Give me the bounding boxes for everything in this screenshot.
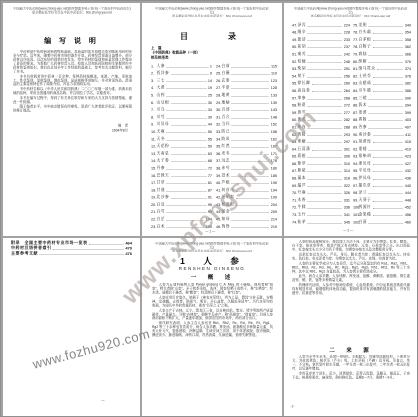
toc-entry: 95.平贝母432	[353, 166, 411, 173]
dotted-leader	[308, 164, 343, 165]
dotted-leader	[167, 190, 207, 191]
paragraph: 人参为多年生草本，高30～60cm。主根肥大，纺锤形或圆柱形，下部常分叉，外皮淡…	[292, 355, 410, 371]
toc-entry: 55.徐长卿260	[292, 78, 350, 85]
toc-entry: 73.玉竹341	[292, 210, 350, 217]
page-toc-2: 中国最大中医药网(www.zhong-yao.net)制作整理本电子图书(一个很…	[284, 3, 417, 236]
page3-number: — 2 —	[343, 229, 353, 233]
dotted-leader	[167, 81, 207, 82]
toc-entry: 17.甘草81	[151, 178, 212, 185]
dotted-leader	[308, 179, 343, 180]
page-chapter-renshen: 中国最大中医药网(www.zhong-yao.net)制作整理本电子图书(一个很…	[142, 238, 282, 416]
dotted-leader	[167, 88, 207, 89]
toc-entry: 93.银柴胡423	[353, 151, 411, 158]
toc-entry: 13.天南星63	[151, 149, 212, 156]
dotted-leader	[312, 91, 342, 92]
dotted-leader	[308, 208, 343, 209]
toc-entry: 26.玄参123	[216, 76, 277, 83]
dotted-leader	[236, 205, 269, 206]
dotted-leader	[53, 249, 124, 250]
toc-entry: 91.胡黄连415	[353, 137, 411, 144]
toc-entry: 66.紫草310	[292, 159, 350, 166]
toc-entry: 100.两面针452	[353, 202, 411, 209]
toc-entry: 65.葛根306	[292, 151, 350, 158]
paragraph: 限于编者水平，书中缺点错误在所难免，恳请广大读者批评指正，以便再版时修订提高。	[13, 105, 132, 113]
toc-entry: 58.粉葛272	[292, 100, 350, 107]
dotted-leader	[373, 142, 403, 143]
dotted-leader	[171, 147, 207, 148]
paragraph: 边条红参以支头大、芦长、身长、腿长者为佳；普通红参以支头大、体充实、色红棕、有光…	[292, 253, 410, 261]
dotted-leader	[308, 62, 343, 63]
header-line1: 中国最大中医药网(www.zhong-yao.net)制作整理本电子图书(一个很…	[292, 7, 409, 15]
toc-entry: 59.黄芩277	[292, 108, 350, 115]
toc-entry: 96.伊贝母436	[353, 173, 411, 180]
dotted-leader	[373, 215, 403, 216]
header-line1: 中国最大中医药网(www.zhong-yao.net)制作整理本电子图书(一个很…	[154, 242, 270, 250]
toc-entry: 18.甘遂87	[151, 185, 212, 192]
toc-entry: 74.仙茅345	[292, 217, 350, 224]
dotted-leader	[369, 54, 404, 55]
toc-entry: 19.北沙参91	[151, 192, 212, 199]
toc-entry: 14.太子参68	[151, 156, 212, 163]
dotted-leader	[308, 106, 343, 107]
header-line2: 更多精彩医学好书尽在中医中药论坛：bbs.zhong-yao.net	[292, 15, 409, 17]
dotted-leader	[232, 220, 270, 221]
dotted-leader	[308, 215, 343, 216]
dotted-leader	[373, 40, 403, 41]
dotted-leader	[308, 171, 343, 172]
toc-entry: 22.白芷104	[151, 214, 212, 221]
dotted-leader	[373, 157, 403, 158]
preface-signoff-date: 2004年8月	[53, 128, 128, 133]
dotted-leader	[377, 69, 403, 70]
toc-entry: 53.柴胡251	[292, 64, 350, 71]
toc-entry: 81.绵马贯众374	[353, 64, 411, 71]
toc-tail-entry: 主要参考文献476	[11, 251, 132, 256]
dotted-leader	[369, 25, 404, 26]
toc-entry: 82.土茯苓378	[353, 71, 411, 78]
dotted-leader	[232, 176, 270, 177]
dotted-leader	[171, 176, 207, 177]
chapter-overview-body: 人参为五加科植物人参 Panax ginseng C. A. Mey. 的干燥根…	[152, 283, 273, 414]
dotted-leader	[167, 110, 207, 111]
toc2-column-left: 47.泽泻22448.细辛22849.独活23350.前胡23751.秦艽242…	[292, 20, 350, 226]
toc-entry: 75.龙胆349	[353, 20, 411, 27]
toc-entry: 84.川牛膝386	[353, 86, 411, 93]
header-line1: 中国最大中医药网(www.zhong-yao.net)制作整理本电子图书(一个很…	[154, 7, 270, 15]
dotted-leader	[167, 168, 207, 169]
toc-entry: 10.天麻50	[151, 127, 212, 134]
paragraph: 现代研究表明，人参主含人参皂苷 Rb1、Rb2、Rc、Rd、Re、Rf、Rg1、…	[152, 321, 273, 337]
toc-entry: 40.芦根190	[216, 178, 277, 185]
toc-entry: 68.藁本318	[292, 173, 350, 180]
dotted-leader	[167, 212, 207, 213]
toc-entry: 4.大黄19	[151, 83, 212, 90]
page3-header: 中国最大中医药网(www.zhong-yao.net)制作整理本电子图书(一个很…	[292, 7, 409, 17]
toc-entry: 80.续断370	[353, 56, 411, 63]
dotted-leader	[40, 254, 124, 255]
toc-entry: 87.姜黄399	[353, 108, 411, 115]
dotted-leader	[369, 193, 404, 194]
dotted-leader	[373, 47, 403, 48]
body2-top: 人参的商品规格较多，按其加工方法不同，主要分为生晒参、红参、糖参、白干参、掐皮参…	[292, 240, 410, 344]
dotted-leader	[369, 222, 404, 223]
header-line2: 更多精彩医学好书尽在中医中药论坛：bbs.zhong-yao.net	[13, 11, 131, 15]
dotted-leader	[373, 186, 403, 187]
section-source-title: 二 来 源	[284, 346, 417, 354]
toc-tail-entries: 附录 全国主要中药材专业市场一览表464中药材汉语拼音索引470主要参考文献47…	[11, 240, 132, 257]
page2-number: — 1 —	[205, 230, 215, 234]
toc-entry: 39.苍术185	[216, 170, 277, 177]
dotted-leader	[236, 190, 269, 191]
dotted-leader	[232, 227, 270, 228]
dotted-leader	[167, 132, 207, 133]
dotted-leader	[312, 84, 342, 85]
paragraph: 人参为五加科植物人参 Panax ginseng C. A. Mey. 的干燥根…	[152, 283, 273, 295]
toc-entry: 102.白蔹460	[353, 217, 411, 224]
dotted-leader	[373, 171, 403, 172]
toc-entry: 20.白及95	[151, 200, 212, 207]
toc-entry: 99.天葵子448	[353, 195, 411, 202]
dotted-leader	[308, 33, 343, 34]
dotted-leader	[232, 183, 270, 184]
toc-entry: 5.山药25	[151, 90, 212, 97]
toc-section-labels: 上 篇 《中国药典》收载品种（一部） 根及根茎类	[151, 46, 271, 60]
dotted-leader	[232, 139, 270, 140]
dotted-leader	[89, 243, 124, 244]
toc-entry: 32.当归152	[216, 119, 277, 126]
scanned-book-spread: 中国最大中医药网(www.zhong-yao.net)制作整理本电子图书(一个很…	[0, 0, 418, 417]
dotted-leader	[167, 227, 205, 228]
toc-entry: 62.黄精293	[292, 129, 350, 136]
toc-entry: 25.白薇119	[216, 68, 277, 75]
dotted-leader	[232, 88, 270, 89]
toc-entry: 64.石菖蒲301	[292, 144, 350, 151]
page2-header: 中国最大中医药网(www.zhong-yao.net)制作整理本电子图书(一个很…	[154, 7, 270, 17]
toc-entry: 94.浙贝母427	[353, 159, 411, 166]
dotted-leader	[232, 117, 270, 118]
dotted-leader	[308, 54, 343, 55]
toc-entry: 51.秦艽242	[292, 49, 350, 56]
dotted-leader	[308, 40, 343, 41]
toc-entry: 49.独活233	[292, 35, 350, 42]
toc-entry: 86.莪术394	[353, 100, 411, 107]
dotted-leader	[369, 120, 404, 121]
dotted-leader	[373, 91, 403, 92]
paragraph: 伞形花序单个顶生，花小，淡黄绿色；花萼五齿裂，花瓣五，雄蕊五，子房下位。核果浆果…	[292, 372, 410, 380]
paragraph: 药理研究证明，人参对中枢神经系统、心血管系统、内分泌系统及物质代谢均有明显作用，…	[292, 283, 410, 295]
toc-entry: 1.人参1	[151, 61, 212, 68]
toc-entry: 35.红芪167	[216, 141, 277, 148]
toc-entry: 30.百部143	[216, 105, 277, 112]
dotted-leader	[369, 113, 404, 114]
toc-entry: 11.天冬55	[151, 134, 212, 141]
dotted-leader	[232, 147, 270, 148]
dotted-leader	[232, 154, 270, 155]
paragraph: 人参的主要化学成分为人参皂苷，迄今已分离鉴定的有 Ra1、Ra2、Rb1、Rb2…	[292, 262, 410, 274]
dotted-leader	[232, 132, 270, 133]
dotted-leader	[308, 25, 343, 26]
dotted-leader	[167, 183, 207, 184]
toc-entry: 72.牛膝336	[292, 202, 350, 209]
toc-entry: 97.猫爪草440	[353, 181, 411, 188]
dotted-leader	[308, 186, 343, 187]
dotted-leader	[373, 135, 404, 136]
page-preface: 中国最大中医药网(www.zhong-yao.net)制作整理本电子图书(一个很…	[3, 3, 140, 236]
dotted-leader	[308, 120, 343, 121]
toc-entry: 79.商陆366	[353, 49, 411, 56]
dotted-leader	[308, 157, 343, 158]
preface-signoff: 编 者 2004年8月	[53, 123, 128, 135]
page4-number: —	[101, 399, 104, 403]
dotted-leader	[171, 198, 207, 199]
toc-entry: 88.香附403	[353, 115, 411, 122]
dotted-leader	[171, 103, 207, 104]
toc-entry: 63.萆薢297	[292, 137, 350, 144]
dotted-leader	[167, 205, 207, 206]
toc-entry: 98.泽兰444	[353, 188, 411, 195]
toc2-column-right: 75.龙胆34976.白头翁35477.白茅根35878.白附子36279.商陆…	[353, 20, 411, 226]
paragraph: 中药材是中医防病治病的物质基础，其质量的优劣直接关系到临床用药的安全与疗效。近年…	[13, 50, 132, 74]
toc-entry: 43.板蓝根204	[216, 200, 277, 207]
header-line2: 更多精彩医学好书尽在中医中药论坛：bbs.zhong-yao.net	[154, 15, 270, 17]
dotted-leader	[232, 161, 270, 162]
dotted-leader	[308, 47, 343, 48]
paragraph: 此外，尚含人参多糖、人参炔醇、挥发油、甾醇、黄酮类、氨基酸、维生素及锌、铜、铁、…	[292, 274, 410, 282]
dotted-leader	[232, 125, 270, 126]
toc-entry: 8.川芎39	[151, 112, 212, 119]
section-overview-title: 一 概 述	[142, 273, 282, 281]
paragraph: 本书共收载常用中药材一百余种，每种药材按概述、来源、产地、采收加工、性状鉴别、显…	[13, 75, 132, 87]
page-body-2: 人参的商品规格较多，按其加工方法不同，主要分为生晒参、红参、糖参、白干参、掐皮参…	[284, 238, 417, 416]
body2-bottom: 人参为多年生草本，高30～60cm。主根肥大，纺锤形或圆柱形，下部常分叉，外皮淡…	[292, 355, 410, 403]
toc-section-class: 根及根茎类	[151, 55, 271, 60]
toc-entry: 47.泽泻224	[292, 20, 350, 27]
paragraph: 人参应用历史悠久，始载于《神农本草经》，列为上品，谓其“主补五脏，安精神，定魂魄…	[152, 296, 273, 308]
toc-entry: 34.防风162	[216, 134, 277, 141]
toc-entry: 89.苦参407	[353, 122, 411, 129]
page-toc-1: 中国最大中医药网(www.zhong-yao.net)制作整理本电子图书(一个很…	[142, 3, 282, 236]
dotted-leader	[373, 164, 403, 165]
toc-entry: 101.金果榄456	[353, 210, 411, 217]
toc-entry: 29.地榆139	[216, 97, 277, 104]
dotted-leader	[369, 127, 404, 128]
dotted-leader	[236, 198, 269, 199]
dotted-leader	[232, 110, 270, 111]
toc-entry: 7.川乌34	[151, 105, 212, 112]
chapter-latin-title: RENSHEN GINSENG	[142, 266, 282, 271]
toc-entry: 90.南沙参411	[353, 129, 411, 136]
toc-entry: 46.狗脊219	[216, 222, 277, 229]
dotted-leader	[167, 66, 209, 67]
toc-entry: 27.半夏128	[216, 83, 277, 90]
dotted-leader	[373, 208, 403, 209]
paragraph: 书中药材名称以《中华人民共和国药典》二〇〇〇年版一部为准，药典未收载的品种，采用…	[13, 87, 132, 95]
toc-entry: 6.山豆根30	[151, 97, 212, 104]
dotted-leader	[369, 149, 404, 150]
dotted-leader	[171, 74, 209, 75]
dotted-leader	[308, 127, 343, 128]
header-line2: 更多精彩医学好书尽在中医中药论坛：bbs.zhong-yao.net	[154, 250, 270, 252]
toc-entry: 71.木香331	[292, 195, 350, 202]
page-toc-tail: 附录 全国主要中药材专业市场一览表464中药材汉语拼音索引470主要参考文献47…	[3, 238, 140, 416]
toc-column-right: 24.白前11525.白薇11926.玄参12327.半夏12828.地黄133…	[216, 61, 277, 229]
toc-entry: 23.白术109	[151, 222, 212, 229]
dotted-leader	[232, 74, 270, 75]
toc-entry: 50.前胡237	[292, 42, 350, 49]
toc-entry: 54.射干256	[292, 71, 350, 78]
dotted-leader	[373, 200, 403, 201]
toc-entry: 36.麦冬171	[216, 149, 277, 156]
toc-entry: 31.百合148	[216, 112, 277, 119]
dotted-leader	[232, 95, 270, 96]
toc-entry: 37.远志176	[216, 156, 277, 163]
dotted-leader	[167, 139, 207, 140]
toc-column-left: 1.人参12.西洋参93.三七144.大黄195.山药256.山豆根307.川乌…	[151, 61, 212, 229]
toc-entry: 41.何首乌194	[216, 185, 277, 192]
dotted-leader	[232, 168, 270, 169]
toc-entry: 9.川贝母44	[151, 119, 212, 126]
dotted-leader	[373, 76, 403, 77]
toc-entry: 60.黄芪282	[292, 115, 350, 122]
dotted-leader	[167, 117, 207, 118]
toc-entry: 45.知母214	[216, 214, 277, 221]
toc-entry: 78.白附子362	[353, 42, 411, 49]
dotted-leader	[308, 76, 343, 77]
dotted-leader	[171, 154, 207, 155]
toc-entry: 92.重楼419	[353, 144, 411, 151]
toc-entry: 83.山慈菇382	[353, 78, 411, 85]
toc-entry: 33.防己158	[216, 127, 277, 134]
dotted-leader	[369, 98, 404, 99]
dotted-leader	[232, 212, 270, 213]
dotted-leader	[167, 220, 205, 221]
dotted-leader	[373, 84, 403, 85]
dotted-leader	[369, 62, 404, 63]
dotted-leader	[308, 113, 343, 114]
dotted-leader	[232, 66, 270, 67]
dotted-leader	[308, 193, 343, 194]
dotted-leader	[171, 161, 207, 162]
paragraph: 人参主产于吉林、辽宁、黑龙江三省，以吉林抚松、集安、靖宇等地所产质量最佳，产量最…	[152, 309, 273, 321]
dotted-leader	[308, 98, 343, 99]
toc-entry: 42.延胡索199	[216, 192, 277, 199]
dotted-leader	[308, 222, 343, 223]
toc-entry: 57.拳参268	[292, 93, 350, 100]
preface-title: 编 写 说 明	[3, 36, 140, 46]
dotted-leader	[171, 125, 207, 126]
toc-entry: 70.升麻326	[292, 188, 350, 195]
dotted-leader	[369, 106, 404, 107]
dotted-leader	[232, 103, 270, 104]
paragraph: 本书在编写过程中，得到了有关单位领导和专家的大力支持与热情帮助，谨此一并致谢。	[13, 96, 132, 104]
toc-entry: 48.细辛228	[292, 27, 350, 34]
toc-entry: 28.地黄133	[216, 90, 277, 97]
toc-entry: 44.郁金209	[216, 207, 277, 214]
dotted-leader	[167, 95, 207, 96]
toc-entry: 24.白前115	[216, 61, 277, 68]
toc-title: 目 录	[142, 31, 282, 42]
toc-entry: 76.白头翁354	[353, 27, 411, 34]
toc-entry: 69.漏芦322	[292, 181, 350, 188]
page6-number: · 2 ·	[290, 405, 296, 409]
toc-entry: 38.赤芍180	[216, 163, 277, 170]
page1-header: 中国最大中医药网(www.zhong-yao.net)制作整理本电子图书(一个很…	[13, 7, 131, 17]
dotted-leader	[308, 200, 343, 201]
toc-entry: 16.巴戟天77	[151, 170, 212, 177]
dotted-leader	[232, 81, 270, 82]
toc-entry: 67.紫菀314	[292, 166, 350, 173]
toc-entry: 21.白芍99	[151, 207, 212, 214]
dotted-leader	[308, 135, 343, 136]
toc-entry: 85.三棱390	[353, 93, 411, 100]
toc-entry: 52.桔梗246	[292, 56, 350, 63]
toc-entry: 77.白茅根358	[353, 35, 411, 42]
dotted-leader	[312, 149, 342, 150]
dotted-leader	[373, 179, 403, 180]
page5-header: 中国最大中医药网(www.zhong-yao.net)制作整理本电子图书(一个很…	[154, 242, 270, 252]
toc-entry: 56.高良姜264	[292, 86, 350, 93]
toc-entry: 12.天花粉59	[151, 141, 212, 148]
toc-entry: 15.丹参72	[151, 163, 212, 170]
dotted-leader	[308, 69, 343, 70]
toc-entry: 2.西洋参9	[151, 68, 212, 75]
dotted-leader	[308, 142, 343, 143]
toc-entry: 61.黄连288	[292, 122, 350, 129]
dotted-leader	[373, 33, 403, 34]
paragraph: 人参的商品规格较多，按其加工方法不同，主要分为生晒参、红参、糖参、白干参、掐皮参…	[292, 240, 410, 252]
toc-entry: 3.三七14	[151, 76, 212, 83]
